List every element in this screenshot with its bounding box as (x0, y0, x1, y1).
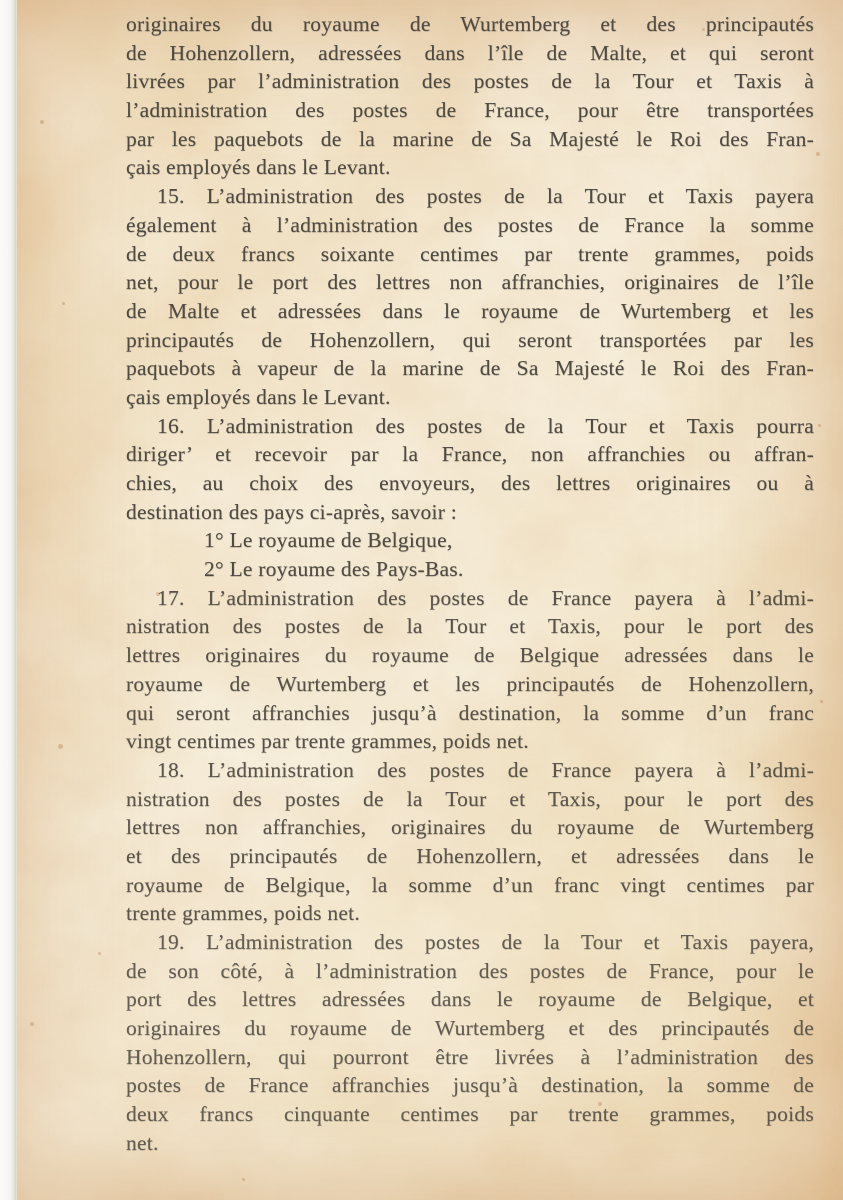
text-line: de son côté, à l’administration des post… (126, 957, 814, 986)
text-line: çais employés dans le Levant. (126, 383, 814, 412)
text-line: paquebots à vapeur de la marine de Sa Ma… (126, 354, 814, 383)
foxing-speck (98, 952, 101, 955)
text-line: net, pour le port des lettres non affran… (126, 268, 814, 297)
text-line: 17. L’administration des postes de Franc… (126, 584, 814, 613)
text-line: et des principautés de Hohenzollern, et … (126, 842, 814, 871)
foxing-speck (58, 744, 63, 749)
text-line: 2° Le royaume des Pays-Bas. (126, 555, 814, 584)
foxing-speck (818, 424, 821, 427)
text-line: postes de France affranchies jusqu’à des… (126, 1071, 814, 1100)
text-line: destination des pays ci-après, savoir : (126, 498, 814, 527)
text-line: lettres originaires du royaume de Belgiq… (126, 641, 814, 670)
page-text-column: originaires du royaume de Wurtemberg et … (126, 10, 814, 1158)
paragraph-article-15: 15. L’administration des postes de la To… (126, 182, 814, 412)
text-line: chies, au choix des envoyeurs, des lettr… (126, 469, 814, 498)
text-line: de Hohenzollern, adressées dans l’île de… (126, 39, 814, 68)
text-line: l’administration des postes de France, p… (126, 96, 814, 125)
scanned-page: originaires du royaume de Wurtemberg et … (0, 0, 843, 1200)
paragraph-continuation: originaires du royaume de Wurtemberg et … (126, 10, 814, 182)
text-line: livrées par l’administration des postes … (126, 67, 814, 96)
text-line: vingt centimes par trente grammes, poids… (126, 727, 814, 756)
text-line: royaume de Wurtemberg et les principauté… (126, 670, 814, 699)
text-line: également à l’administration des postes … (126, 211, 814, 240)
text-line: deux francs cinquante centimes par trent… (126, 1100, 814, 1129)
text-line: originaires du royaume de Wurtemberg et … (126, 10, 814, 39)
paragraph-article-19: 19. L’administration des postes de la To… (126, 928, 814, 1158)
scanner-edge-strip (0, 0, 17, 1200)
text-line: qui seront affranchies jusqu’à destinati… (126, 699, 814, 728)
paragraph-article-18: 18. L’administration des postes de Franc… (126, 756, 814, 928)
text-line: net. (126, 1129, 814, 1158)
text-line: nistration des postes de la Tour et Taxi… (126, 612, 814, 641)
text-line: 15. L’administration des postes de la To… (126, 182, 814, 211)
text-line: de Malte et adressées dans le royaume de… (126, 297, 814, 326)
ordinal-list-article-16: 1° Le royaume de Belgique,2° Le royaume … (126, 526, 814, 583)
foxing-speck (242, 1178, 245, 1181)
text-line: 19. L’administration des postes de la To… (126, 928, 814, 957)
foxing-speck (30, 1022, 34, 1026)
text-line: principautés de Hohenzollern, qui seront… (126, 326, 814, 355)
text-line: lettres non affranchies, originaires du … (126, 813, 814, 842)
text-line: 16. L’administration des postes de la To… (126, 412, 814, 441)
foxing-speck (816, 152, 820, 156)
text-line: çais employés dans le Levant. (126, 153, 814, 182)
text-line: trente grammes, poids net. (126, 899, 814, 928)
foxing-speck (62, 302, 65, 305)
text-line: originaires du royaume de Wurtemberg et … (126, 1014, 814, 1043)
paragraph-article-17: 17. L’administration des postes de Franc… (126, 584, 814, 756)
text-line: nistration des postes de la Tour et Taxi… (126, 785, 814, 814)
text-line: par les paquebots de la marine de Sa Maj… (126, 125, 814, 154)
text-line: 18. L’administration des postes de Franc… (126, 756, 814, 785)
paragraph-article-16: 16. L’administration des postes de la To… (126, 412, 814, 527)
text-line: Hohenzollern, qui pourront être livrées … (126, 1043, 814, 1072)
foxing-speck (40, 120, 44, 124)
foxing-speck (820, 700, 823, 703)
text-line: diriger’ et recevoir par la France, non … (126, 440, 814, 469)
text-line: 1° Le royaume de Belgique, (126, 526, 814, 555)
text-line: royaume de Belgique, la somme d’un franc… (126, 871, 814, 900)
text-line: port des lettres adressées dans le royau… (126, 985, 814, 1014)
text-line: de deux francs soixante centimes par tre… (126, 240, 814, 269)
